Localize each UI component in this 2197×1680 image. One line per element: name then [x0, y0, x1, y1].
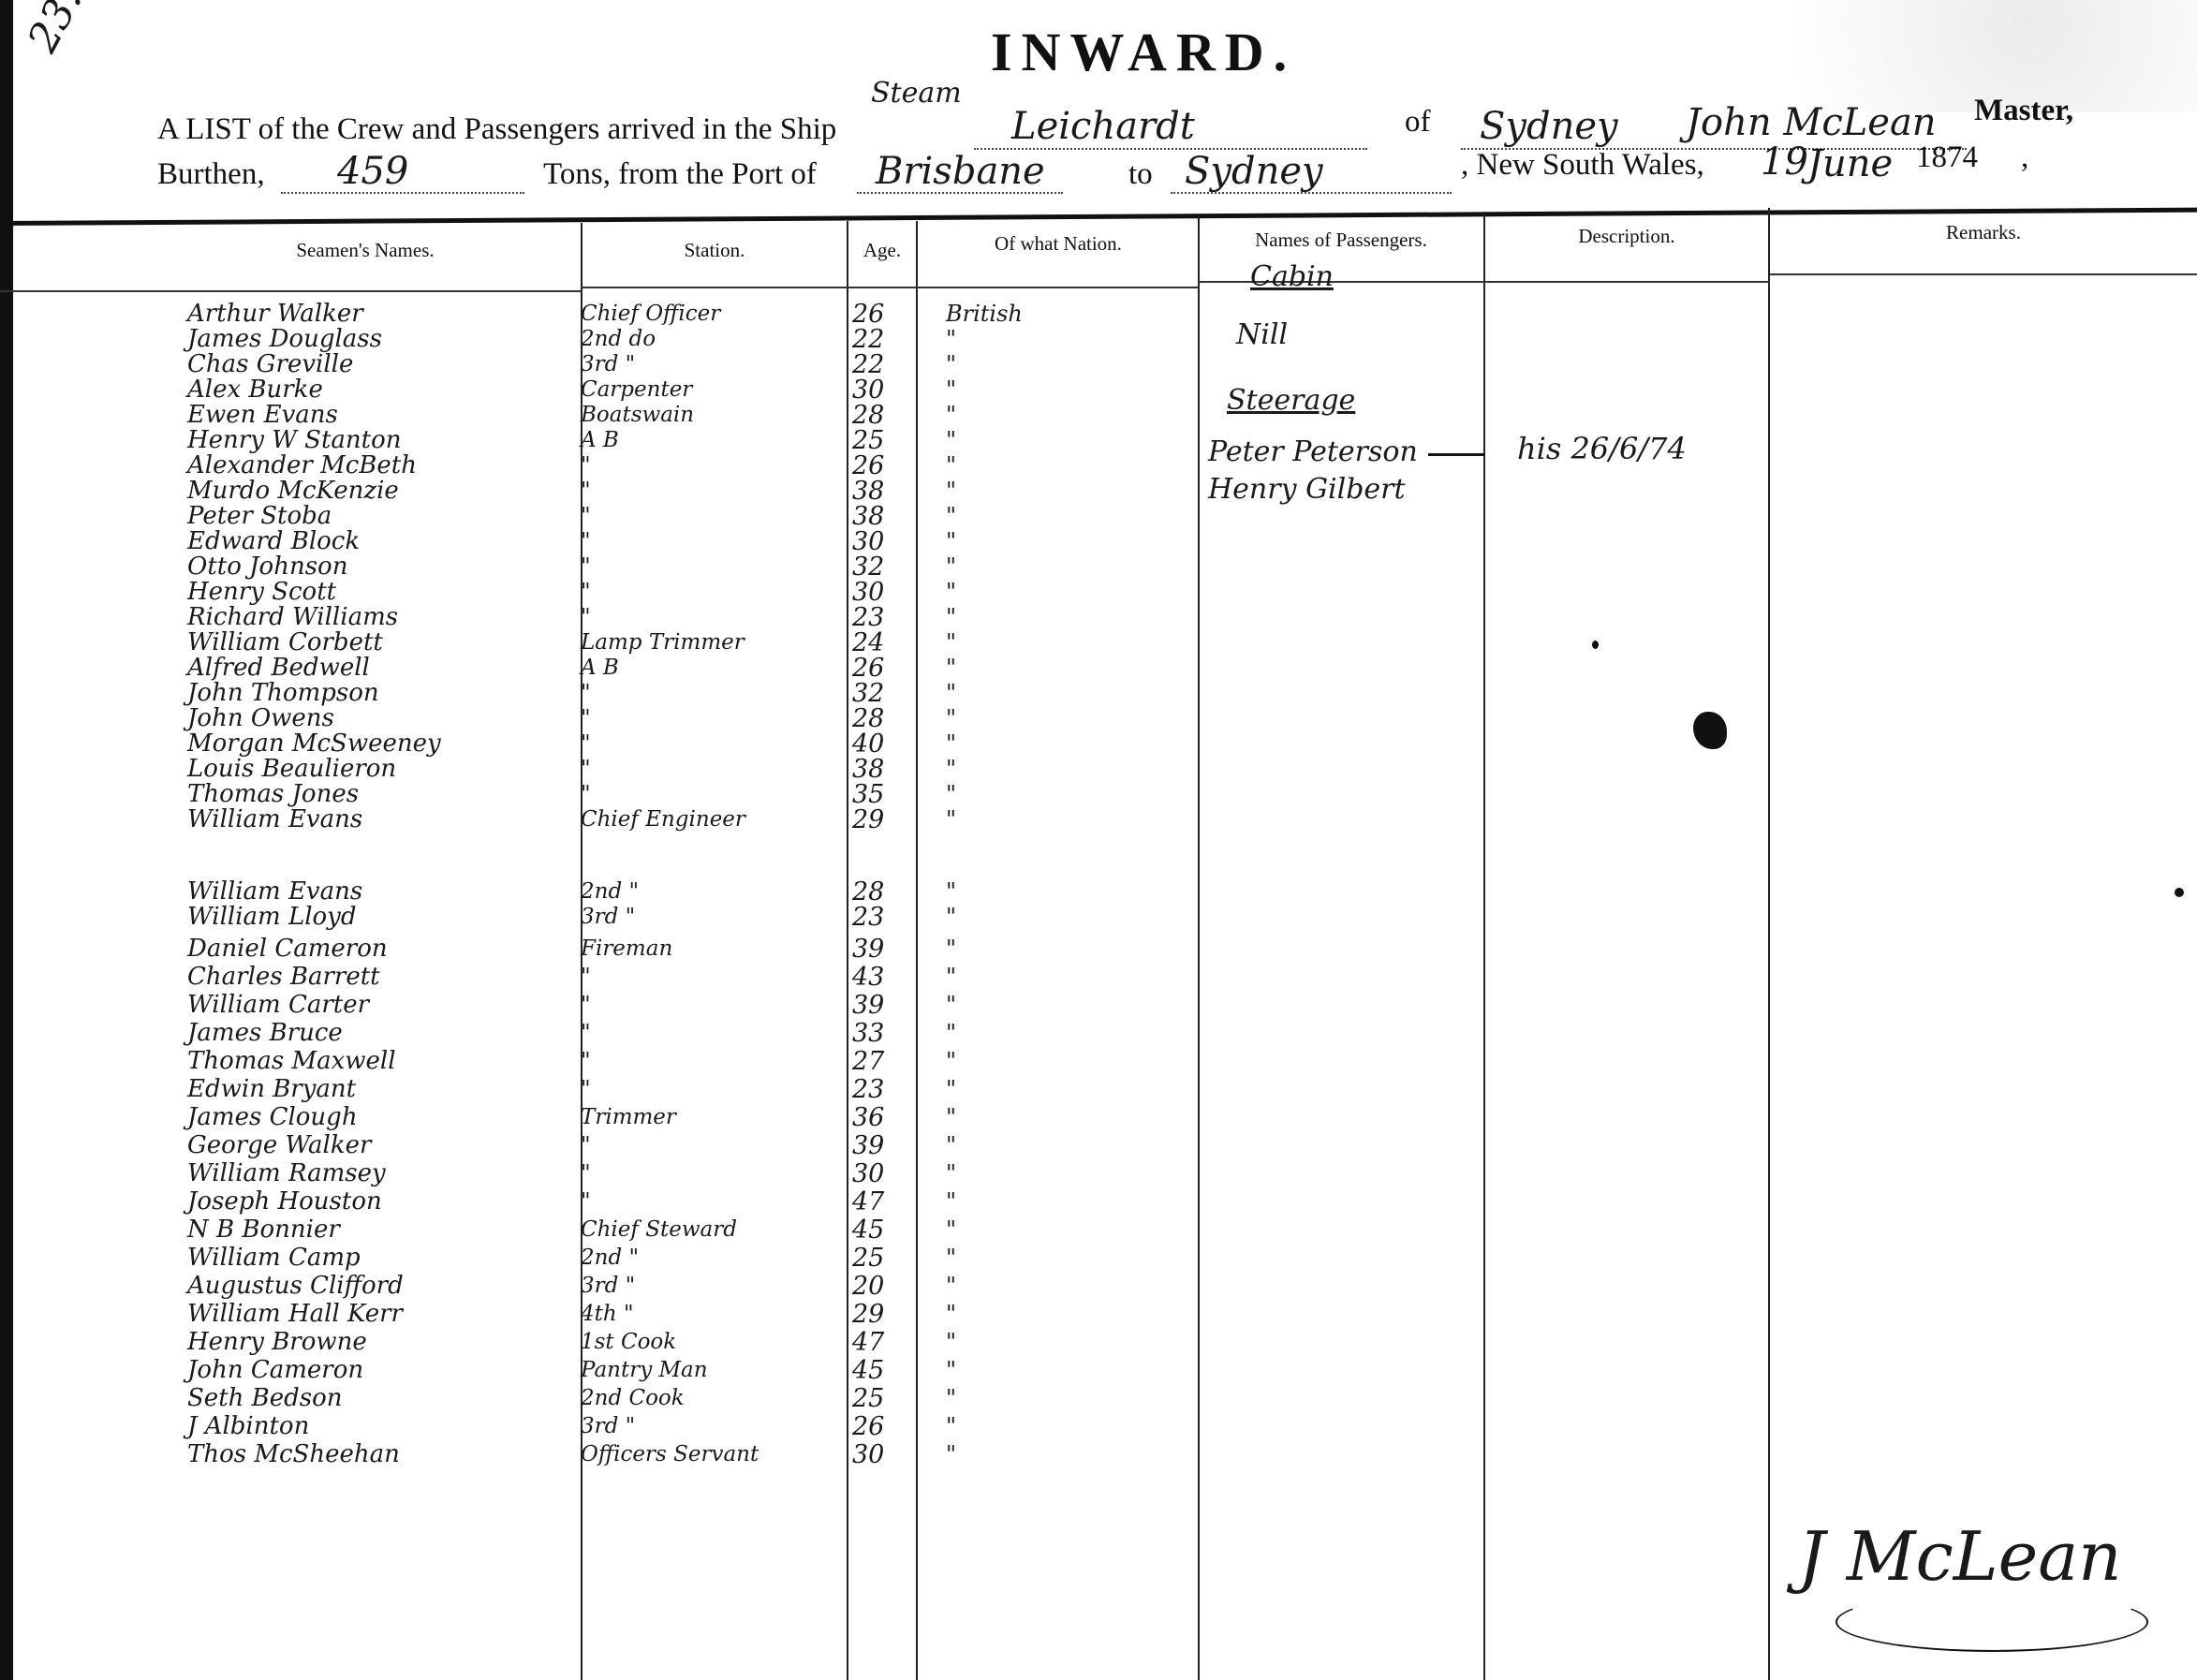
- seaman-name: William Lloyd: [187, 905, 357, 930]
- to-label: to: [1128, 157, 1153, 192]
- col-divider-passengers: [1198, 215, 1200, 1680]
- seaman-nation: ": [946, 554, 956, 580]
- seaman-station: ": [581, 605, 591, 630]
- seaman-name: William Evans: [187, 807, 362, 833]
- seaman-age: 26: [852, 453, 884, 479]
- seaman-age: 38: [852, 479, 884, 504]
- seaman-age: 23: [852, 1077, 884, 1102]
- col-divider-nation: [916, 221, 918, 1680]
- header-line-2: Burthen,: [157, 157, 265, 192]
- seaman-nation: ": [946, 1161, 956, 1186]
- seaman-station: Chief Officer: [581, 302, 720, 327]
- col-header-nation: Of what Nation.: [918, 232, 1199, 256]
- seaman-age: 39: [852, 993, 884, 1018]
- seaman-nation: ": [946, 936, 956, 962]
- seaman-age: 29: [852, 807, 884, 833]
- seaman-name: Chas Greville: [187, 352, 353, 377]
- seaman-name: Joseph Houston: [187, 1189, 382, 1215]
- ship-type-insert: Steam: [871, 77, 962, 110]
- port-of-registry: Sydney: [1480, 105, 1618, 148]
- seaman-station: Pantry Man: [581, 1358, 708, 1383]
- seaman-name: Augustus Clifford: [187, 1274, 404, 1299]
- seaman-name: William Ramsey: [187, 1161, 386, 1186]
- col-divider-age: [847, 221, 848, 1680]
- seaman-nation: ": [946, 1302, 956, 1327]
- state-label: , New South Wales,: [1461, 148, 1704, 183]
- seaman-name: Morgan McSweeney: [187, 731, 441, 757]
- seaman-nation: ": [946, 1077, 956, 1102]
- tons-label: Tons, from the Port of: [543, 157, 817, 192]
- arrival-year: 1874: [1916, 140, 1978, 175]
- seaman-name: William Hall Kerr: [187, 1302, 403, 1327]
- seaman-age: 43: [852, 965, 884, 990]
- cabin-value: Nill: [1236, 318, 1288, 351]
- col-header-seamen: Seamen's Names.: [150, 239, 581, 262]
- seaman-nation: ": [946, 879, 956, 905]
- seaman-age: 30: [852, 1161, 884, 1186]
- seaman-age: 23: [852, 905, 884, 930]
- seaman-age: 23: [852, 605, 884, 630]
- scan-border: [0, 0, 13, 1680]
- seaman-name: Henry W Stanton: [187, 428, 402, 453]
- seaman-station: 2nd ": [581, 1245, 639, 1271]
- seaman-station: Boatswain: [581, 403, 694, 428]
- seaman-station: Fireman: [581, 936, 672, 962]
- seaman-name: Charles Barrett: [187, 965, 380, 990]
- seaman-nation: ": [946, 1358, 956, 1383]
- seaman-name: John Owens: [187, 706, 334, 731]
- seaman-nation: ": [946, 352, 956, 377]
- seaman-station: 3rd ": [581, 1414, 635, 1439]
- seaman-name: Louis Beaulieron: [187, 757, 396, 782]
- seaman-name: Alex Burke: [187, 377, 323, 403]
- seaman-station: ": [581, 1077, 591, 1102]
- seaman-station: ": [581, 580, 591, 605]
- seaman-nation: ": [946, 479, 956, 504]
- seaman-station: ": [581, 993, 591, 1018]
- seaman-name: Peter Stoba: [187, 504, 332, 529]
- master-label: Master,: [1974, 94, 2073, 128]
- seaman-name: Henry Browne: [187, 1330, 367, 1355]
- seaman-nation: ": [946, 731, 956, 757]
- seaman-name: Ewen Evans: [187, 403, 338, 428]
- seaman-age: 22: [852, 327, 884, 352]
- seaman-age: 20: [852, 1274, 884, 1299]
- seaman-station: 2nd Cook: [581, 1386, 685, 1411]
- seaman-name: Alexander McBeth: [187, 453, 417, 479]
- seaman-nation: ": [946, 1274, 956, 1299]
- seaman-age: 25: [852, 1245, 884, 1271]
- seaman-station: ": [581, 731, 591, 757]
- seaman-station: ": [581, 1021, 591, 1046]
- header-line-1: A LIST of the Crew and Passengers arrive…: [157, 112, 836, 147]
- col-header-description: Description.: [1485, 225, 1768, 248]
- seaman-age: 30: [852, 377, 884, 403]
- arrival-day: 19: [1761, 140, 1808, 184]
- seaman-station: ": [581, 479, 591, 504]
- header-underline-mid: [581, 287, 1199, 288]
- seaman-nation: ": [946, 706, 956, 731]
- header-underline-remarks: [1770, 273, 2197, 275]
- col-header-station: Station.: [582, 239, 847, 262]
- ship-label: Ship: [780, 112, 837, 146]
- seaman-age: 39: [852, 1133, 884, 1158]
- seaman-station: 3rd ": [581, 1274, 635, 1299]
- from-port-line: [857, 192, 1063, 194]
- seaman-age: 40: [852, 731, 884, 757]
- seaman-nation: ": [946, 403, 956, 428]
- ink-spot: [2175, 888, 2184, 897]
- scan-noise: [1635, 0, 2197, 112]
- col-header-passengers: Names of Passengers.: [1200, 228, 1482, 252]
- seaman-station: ": [581, 757, 591, 782]
- seaman-nation: ": [946, 681, 956, 706]
- seaman-name: Daniel Cameron: [187, 936, 388, 962]
- of-label: of: [1405, 105, 1431, 140]
- seaman-station: ": [581, 554, 591, 580]
- seaman-station: A B: [581, 428, 619, 453]
- seaman-age: 24: [852, 630, 884, 656]
- seaman-name: Richard Williams: [187, 605, 398, 630]
- seaman-age: 45: [852, 1217, 884, 1243]
- burthen-label: Burthen,: [157, 157, 265, 191]
- seaman-age: 26: [852, 656, 884, 681]
- seaman-age: 47: [852, 1189, 884, 1215]
- seaman-station: ": [581, 681, 591, 706]
- from-port: Brisbane: [876, 150, 1045, 193]
- corner-annotation: 23.6.74 M.L: [19, 0, 185, 60]
- seaman-name: Murdo McKenzie: [187, 479, 399, 504]
- seaman-nation: ": [946, 1245, 956, 1271]
- ink-blot: [1693, 712, 1727, 749]
- passenger-name: Henry Gilbert: [1208, 473, 1406, 506]
- seaman-nation: ": [946, 580, 956, 605]
- seaman-name: J Albinton: [187, 1414, 309, 1439]
- seaman-name: William Evans: [187, 879, 362, 905]
- seaman-station: 1st Cook: [581, 1330, 676, 1355]
- seaman-name: Thomas Jones: [187, 782, 359, 807]
- seaman-age: 26: [852, 302, 884, 327]
- seaman-station: Carpenter: [581, 377, 692, 403]
- seaman-nation: ": [946, 1133, 956, 1158]
- seaman-station: 3rd ": [581, 352, 635, 377]
- seaman-age: 30: [852, 529, 884, 554]
- seaman-nation: ": [946, 504, 956, 529]
- seaman-station: Lamp Trimmer: [581, 630, 745, 656]
- seaman-name: Arthur Walker: [187, 302, 363, 327]
- seaman-station: Officers Servant: [581, 1442, 759, 1467]
- seaman-nation: British: [946, 302, 1023, 327]
- seaman-nation: ": [946, 327, 956, 352]
- col-divider-description: [1483, 212, 1485, 1680]
- ship-name: Leichardt: [1011, 105, 1195, 148]
- seaman-age: 38: [852, 504, 884, 529]
- seaman-name: Thos McSheehan: [187, 1442, 400, 1467]
- seaman-age: 29: [852, 1302, 884, 1327]
- burthen-line: [281, 192, 524, 194]
- seaman-station: ": [581, 1133, 591, 1158]
- seaman-station: 2nd do: [581, 327, 656, 352]
- list-prefix: A LIST of the Crew and Passengers arrive…: [157, 112, 773, 146]
- seaman-station: ": [581, 1161, 591, 1186]
- ink-spot: [1592, 641, 1599, 649]
- seaman-age: 36: [852, 1105, 884, 1130]
- to-port-line: [1171, 192, 1452, 194]
- arrival-month: June: [1807, 142, 1893, 185]
- seaman-name: George Walker: [187, 1133, 371, 1158]
- seaman-nation: ": [946, 630, 956, 656]
- seaman-age: 33: [852, 1021, 884, 1046]
- seaman-station: ": [581, 504, 591, 529]
- seaman-station: ": [581, 1189, 591, 1215]
- seaman-name: Henry Scott: [187, 580, 336, 605]
- seaman-station: Chief Steward: [581, 1217, 737, 1243]
- seaman-age: 28: [852, 706, 884, 731]
- seaman-station: 3rd ": [581, 905, 635, 930]
- seaman-nation: ": [946, 1189, 956, 1215]
- seaman-nation: ": [946, 1049, 956, 1074]
- seaman-name: James Clough: [187, 1105, 358, 1130]
- seaman-nation: ": [946, 605, 956, 630]
- corner-date: 23.6.74: [19, 0, 135, 60]
- seaman-nation: ": [946, 807, 956, 833]
- seaman-nation: ": [946, 1330, 956, 1355]
- seaman-nation: ": [946, 905, 956, 930]
- seaman-station: 2nd ": [581, 879, 639, 905]
- seaman-age: 28: [852, 403, 884, 428]
- seaman-name: Alfred Bedwell: [187, 656, 370, 681]
- seaman-nation: ": [946, 1217, 956, 1243]
- col-divider-remarks: [1768, 208, 1770, 1680]
- seaman-name: Thomas Maxwell: [187, 1049, 396, 1074]
- seaman-age: 30: [852, 1442, 884, 1467]
- seaman-name: John Cameron: [187, 1358, 363, 1383]
- seaman-station: ": [581, 782, 591, 807]
- seaman-age: 35: [852, 782, 884, 807]
- seaman-name: James Douglass: [187, 327, 382, 352]
- seaman-name: Edwin Bryant: [187, 1077, 356, 1102]
- seaman-name: Seth Bedson: [187, 1386, 343, 1411]
- seaman-age: 25: [852, 428, 884, 453]
- seaman-nation: ": [946, 656, 956, 681]
- seaman-age: 32: [852, 554, 884, 580]
- seaman-nation: ": [946, 1021, 956, 1046]
- seaman-station: ": [581, 965, 591, 990]
- steerage-label: Steerage: [1227, 384, 1355, 417]
- seaman-nation: ": [946, 428, 956, 453]
- seaman-nation: ": [946, 782, 956, 807]
- description-note: his 26/6/74: [1517, 431, 1687, 466]
- seaman-nation: ": [946, 757, 956, 782]
- seaman-age: 28: [852, 879, 884, 905]
- seaman-name: James Bruce: [187, 1021, 343, 1046]
- seaman-name: Edward Block: [187, 529, 360, 554]
- seaman-nation: ": [946, 1414, 956, 1439]
- signature-flourish: [1836, 1592, 2148, 1652]
- form-title: INWARD.: [991, 21, 1296, 83]
- seaman-name: John Thompson: [187, 681, 379, 706]
- seaman-nation: ": [946, 1105, 956, 1130]
- cabin-label: Cabin: [1250, 260, 1334, 293]
- seaman-age: 25: [852, 1386, 884, 1411]
- master-signature: J McLean: [1798, 1517, 2122, 1596]
- seaman-age: 30: [852, 580, 884, 605]
- master-name: John McLean: [1686, 101, 1937, 144]
- col-header-remarks: Remarks.: [1770, 221, 2197, 244]
- seaman-station: ": [581, 529, 591, 554]
- seaman-age: 38: [852, 757, 884, 782]
- to-port: Sydney: [1185, 150, 1323, 193]
- seaman-age: 27: [852, 1049, 884, 1074]
- seaman-nation: ": [946, 965, 956, 990]
- seaman-name: N B Bonnier: [187, 1217, 340, 1243]
- seaman-station: ": [581, 453, 591, 479]
- seaman-nation: ": [946, 529, 956, 554]
- seaman-name: William Camp: [187, 1245, 361, 1271]
- seaman-nation: ": [946, 1442, 956, 1467]
- seaman-station: ": [581, 706, 591, 731]
- seaman-name: William Corbett: [187, 630, 383, 656]
- seaman-age: 26: [852, 1414, 884, 1439]
- seaman-age: 45: [852, 1358, 884, 1383]
- seaman-station: A B: [581, 656, 619, 681]
- seaman-name: William Carter: [187, 993, 369, 1018]
- seaman-age: 39: [852, 936, 884, 962]
- seaman-age: 47: [852, 1330, 884, 1355]
- seaman-station: 4th ": [581, 1302, 634, 1327]
- trailing-comma: ,: [2021, 140, 2028, 175]
- seaman-age: 22: [852, 352, 884, 377]
- seaman-station: Chief Engineer: [581, 807, 745, 833]
- seaman-station: ": [581, 1049, 591, 1074]
- seaman-nation: ": [946, 1386, 956, 1411]
- seaman-nation: ": [946, 377, 956, 403]
- seaman-station: Trimmer: [581, 1105, 676, 1130]
- col-header-age: Age.: [848, 239, 916, 262]
- header-underline-seamen: [0, 290, 581, 292]
- seaman-name: Otto Johnson: [187, 554, 347, 580]
- passenger-name: Peter Peterson: [1208, 435, 1418, 468]
- seaman-age: 32: [852, 681, 884, 706]
- seaman-nation: ": [946, 453, 956, 479]
- passenger-link-dash: [1428, 453, 1484, 456]
- seaman-nation: ": [946, 993, 956, 1018]
- burthen-tons: 459: [337, 150, 408, 193]
